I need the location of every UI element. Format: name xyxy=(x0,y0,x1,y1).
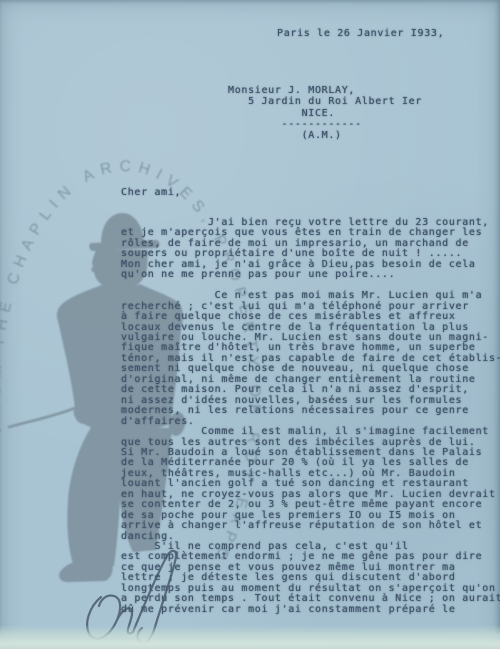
letter-page: FROM THE CHAPLIN ARCHIVES, PROPERTY OF R… xyxy=(0,0,500,649)
cane-icon xyxy=(9,406,80,427)
address-line: 5 Jardin du Roi Albert Ier xyxy=(228,96,422,107)
paragraph: Comme il est malin, il s'imagine facilem… xyxy=(121,427,500,542)
recipient-address: Monsieur J. MORLAY, 5 Jardin du Roi Albe… xyxy=(228,85,422,141)
address-line: Monsieur J. MORLAY, xyxy=(228,85,422,96)
scan-bottom-edge xyxy=(0,625,500,649)
paragraph: J'ai bien reçu votre lettre du 23 couran… xyxy=(121,218,500,281)
address-line: (A.M.) xyxy=(228,130,422,141)
paragraph: Ce n'est pas moi mais Mr. Lucien qui m'a… xyxy=(121,291,500,427)
letter-body: J'ai bien reçu votre lettre du 23 couran… xyxy=(121,218,500,615)
salutation: Cher ami, xyxy=(121,188,181,198)
address-line: NICE. xyxy=(228,108,422,119)
paragraph: S'il ne comprend pas cela, c'est qu'il e… xyxy=(121,542,500,615)
address-line: ------------ xyxy=(228,119,422,130)
date-line: Paris le 26 Janvier I933, xyxy=(277,29,444,39)
